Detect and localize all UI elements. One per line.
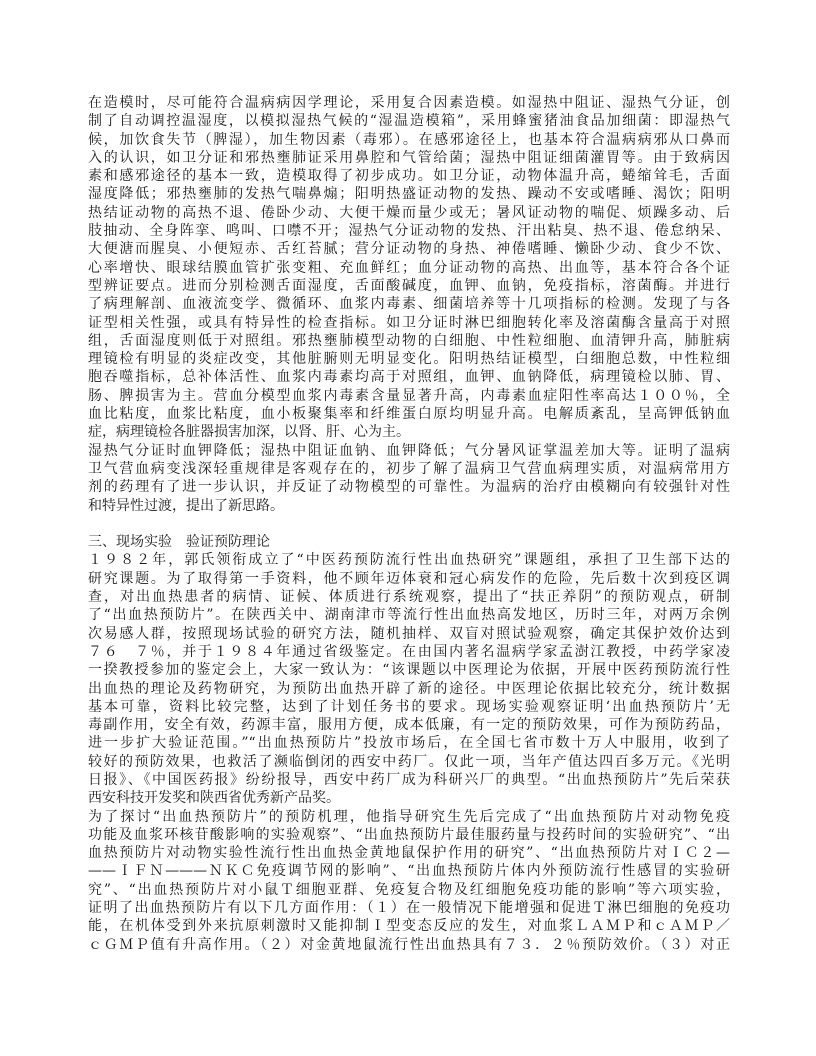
text-line: 证型相关性强，或具有特异性的检查指标。如卫分证时淋巴细胞转化率及溶菌酶含量高于对… xyxy=(88,314,730,332)
text-line: 制了自动调控温湿度，以模拟湿热气候的“湿温造模箱”，采用蜂蜜猪油食品加细菌：即湿… xyxy=(88,112,730,130)
text-line: ７６ ７％，并于１９８４年通过省级鉴定。在由国内著名温病学家孟澍江教授，中药学家… xyxy=(88,643,730,661)
text-line: 研究课题。为了取得第一手资料，他不顾年迈体衰和冠心病发作的危险，先后数十次到疫区… xyxy=(88,570,730,588)
text-line: 大便溏而腥臭、小便短赤、舌红苔腻；营分证动物的身热、神倦嗜睡、懒卧少动、食少不饮… xyxy=(88,240,730,258)
text-line: 为了探讨“出血热预防片”的预防机理，他指导研究生先后完成了“出血热预防片对动物免… xyxy=(88,808,730,826)
text-line: ——ＩＦＮ———ＮＫＣ免疫调节网的影响”、“出血热预防片体内外预防流行性感冒的实… xyxy=(88,862,730,880)
text-line: 素和感邪途径的基本一致，造模取得了初步成功。如卫分证，动物体温升高，蜷缩耸毛，舌… xyxy=(88,167,730,185)
text-line: ｃＧＭＰ值有升高作用。（２）对金黄地鼠流行性出血热具有７３．２％预防效价。（３）… xyxy=(88,936,730,954)
text-line: 毒副作用，安全有效，药源丰富，服用方便，成本低廉，有一定的预防效果，可作为预防药… xyxy=(88,716,730,734)
text-line: 功能及血浆环核苷酸影响的实验观察”、“出血热预防片最佳服药量与投药时间的实验研究… xyxy=(88,826,730,844)
text-line: 一揆教授参加的鉴定会上，大家一致认为：“该课题以中医理论为依据，开展中医药预防流… xyxy=(88,661,730,679)
text-line: 究”、“出血热预防片对小鼠Ｔ细胞亚群、免疫复合物及红细胞免疫功能的影响”等六项实… xyxy=(88,881,730,899)
text-line: 次易感人群，按照现场试验的研究方法，随机抽样、双盲对照试验观察，确定其保护效价达… xyxy=(88,625,730,643)
text-line: 能，在机体受到外来抗原刺激时又能抑制Ｉ型变态反应的发生，对血浆ＬＡＭＰ和ｃＡＭＰ… xyxy=(88,917,730,935)
text-line: 肢抽动、全身阵挛、鸣叫、口噤不开；湿热气分证动物的发热、汗出粘臭、热不退、倦怠纳… xyxy=(88,222,730,240)
text-line: 湿度降低；邪热壅肺的发热气喘鼻煽；阳明热盛证动物的发热、躁动不安或嗜睡、渴饮；阳… xyxy=(88,185,730,203)
text-line: 型辨证要点。进而分别检测舌面湿度，舌面酸碱度，血钾、血钠，免疫指标，溶菌酶。并进… xyxy=(88,277,730,295)
text-line: 血热预防片对动物实验性流行性出血热金黄地鼠保护作用的研究”、“出血热预防片对ＩＣ… xyxy=(88,844,730,862)
text-line: 症，病理镜检各脏器损害加深，以肾、肝、心为主。 xyxy=(88,423,730,441)
text-line: 剂的药理有了进一步认识，并反证了动物模型的可靠性。为温病的治疗由模糊向有较强针对… xyxy=(88,478,730,496)
text-line: １９８２年，郭氏领衔成立了“中医药预防流行性出血热研究”课题组，承担了卫生部下达… xyxy=(88,551,730,569)
section-heading: 三、现场实验 验证预防理论 xyxy=(88,533,730,551)
text-line: 出血热的理论及药物研究，为预防出血热开辟了新的途径。中医理论依据比较充分，统计数… xyxy=(88,680,730,698)
text-line: 湿热气分证时血钾降低；湿热中阻证血钠、血钾降低；气分暑风证掌温差加大等。证明了温… xyxy=(88,442,730,460)
text-line: 查，对出血热患者的病情、证候、体质进行系统观察，提出了“扶正养阴”的预防观点，研… xyxy=(88,588,730,606)
text-line: 较好的预防效果，也救活了濒临倒闭的西安中药厂。仅此一项，当年产值达四百多万元。《… xyxy=(88,753,730,771)
text-line: 证明了出血热预防片有以下几方面作用：（１）在一般情况下能增强和促进Ｔ淋巴细胞的免… xyxy=(88,899,730,917)
text-line: 和特异性过渡，提出了新思路。 xyxy=(88,497,730,515)
text-line: 日报》、《中国医药报》纷纷报导，西安中药厂成为科研兴厂的典型。“出血热预防片”先… xyxy=(88,771,730,789)
text-line: 入的认识，如卫分证和邪热壅肺证采用鼻腔和气管给菌；湿热中阻证细菌灌胃等。由于致病… xyxy=(88,149,730,167)
text-line: 热结证动物的高热不退、倦卧少动、大便干燥而量少或无；暑风证动物的喘促、烦躁多动、… xyxy=(88,204,730,222)
text-line: 了病理解剖、血液流变学、微循环、血浆内毒素、细菌培养等十几项指标的检测。发现了与… xyxy=(88,295,730,313)
blank-line xyxy=(88,515,730,533)
document-body: 在造模时，尽可能符合温病病因学理论，采用复合因素造模。如湿热中阻证、湿热气分证，… xyxy=(88,94,730,954)
text-line: 基本可靠，资料比较完整，达到了计划任务书的要求。现场实验观察证明‘出血热预防片’… xyxy=(88,698,730,716)
text-line: 在造模时，尽可能符合温病病因学理论，采用复合因素造模。如湿热中阻证、湿热气分证，… xyxy=(88,94,730,112)
text-line: 候，加饮食失节（脾湿），加生物因素（毒邪）。在感邪途径上，也基本符合温病病邪从口… xyxy=(88,131,730,149)
text-line: 理镜检有明显的炎症改变，其他脏腑则无明显变化。阳明热结证模型，白细胞总数，中性粒… xyxy=(88,350,730,368)
text-line: 血比粘度，血浆比粘度，血小板聚集率和纤维蛋白原均明显升高。电解质紊乱，呈高钾低钠… xyxy=(88,405,730,423)
text-line: 了“出血热预防片”。在陕西关中、湖南津市等流行性出血热高发地区，历时三年，对两万… xyxy=(88,606,730,624)
text-line: 肠、脾损害为主。营血分模型血浆内毒素含量显著升高，内毒素血症阳性率高达１００％，… xyxy=(88,387,730,405)
text-line: 卫气营血病变浅深轻重规律是客观存在的，初步了解了温病卫气营血病理实质，对温病常用… xyxy=(88,460,730,478)
text-line: 西安科技开发奖和陕西省优秀新产品奖。 xyxy=(88,789,730,807)
text-line: 心率增快、眼球结膜血管扩张变粗、充血鲜红；血分证动物的高热、出血等，基本符合各个… xyxy=(88,259,730,277)
text-line: 组，舌面湿度则低于对照组。邪热壅肺模型动物的白细胞、中性粒细胞、血清钾升高，肺脏… xyxy=(88,332,730,350)
text-line: 进一步扩大验证范围。”“出血热预防片”投放市场后，在全国七省市数十万人中服用，收… xyxy=(88,734,730,752)
document-page: 在造模时，尽可能符合温病病因学理论，采用复合因素造模。如湿热中阻证、湿热气分证，… xyxy=(0,0,816,1056)
text-line: 胞吞噬指标，总补体活性、血浆内毒素均高于对照组，血钾、血钠降低，病理镜检以肺、胃… xyxy=(88,368,730,386)
